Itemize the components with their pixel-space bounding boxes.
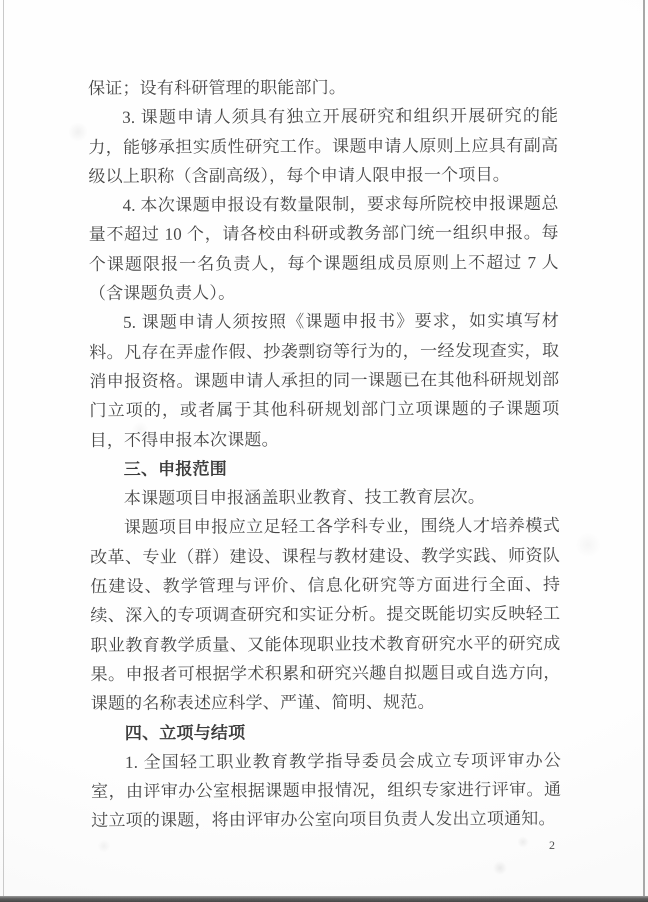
- section-heading: 四、立项与结项: [91, 716, 561, 747]
- document-body: 保证；设有科研管理的职能部门。3. 课题申请人须具有独立开展研究和组织开展研究的…: [88, 72, 561, 836]
- scan-edge-left: [3, 0, 4, 902]
- document-paragraph: 4. 本次课题申报设有数量限制，要求每所院校申报课题总量不超过 10 个，请各校…: [89, 189, 560, 308]
- section-heading: 三、申报范围: [90, 453, 560, 484]
- document-paragraph: 5. 课题申请人须按照《课题申报书》要求，如实填写材料。凡存在弄虚作假、抄袭剽窃…: [89, 306, 560, 455]
- document-paragraph: 课题项目申报应立足轻工各学科专业，围绕人才培养模式改革、专业（群）建设、课程与教…: [90, 511, 561, 718]
- document-paragraph: 保证；设有科研管理的职能部门。: [88, 72, 558, 103]
- document-paragraph: 3. 课题申请人须具有独立开展研究和组织开展研究的能力，能够承担实质性研究工作。…: [88, 101, 558, 191]
- scanned-document-page: 保证；设有科研管理的职能部门。3. 课题申请人须具有独立开展研究和组织开展研究的…: [0, 0, 648, 902]
- page-number: 2: [549, 838, 555, 853]
- scan-edge-right: [643, 0, 645, 902]
- scan-edge-bottom: [0, 896, 648, 902]
- document-paragraph: 1. 全国轻工职业教育教学指导委员会成立专项评审办公室，由评审办公室根据课题申报…: [91, 746, 561, 836]
- document-paragraph: 本课题项目申报涵盖职业教育、技工教育层次。: [90, 482, 560, 513]
